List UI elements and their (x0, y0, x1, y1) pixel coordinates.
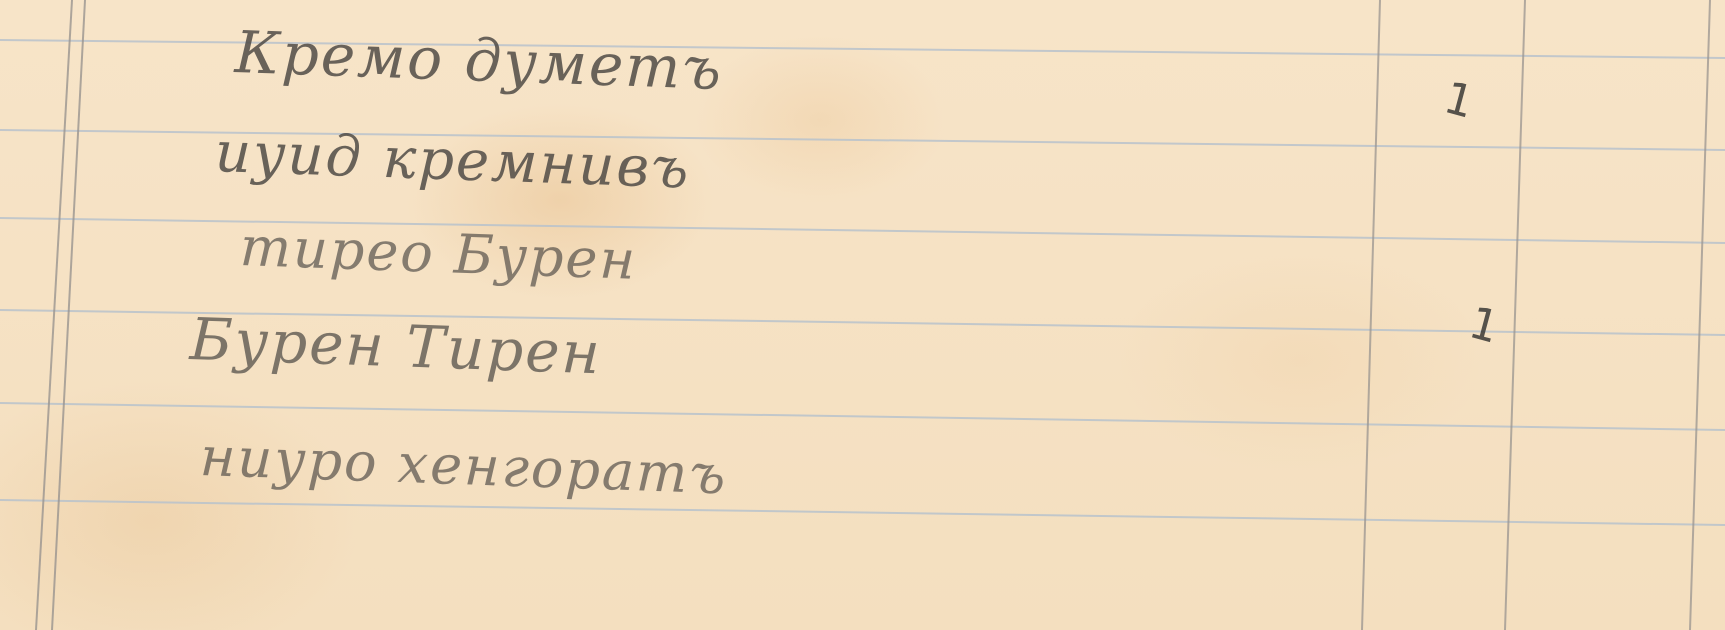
margin-lines (36, 0, 85, 630)
ledger-entry-4: Бурен Тирен (189, 305, 603, 387)
column-dividers (1362, 0, 1710, 630)
